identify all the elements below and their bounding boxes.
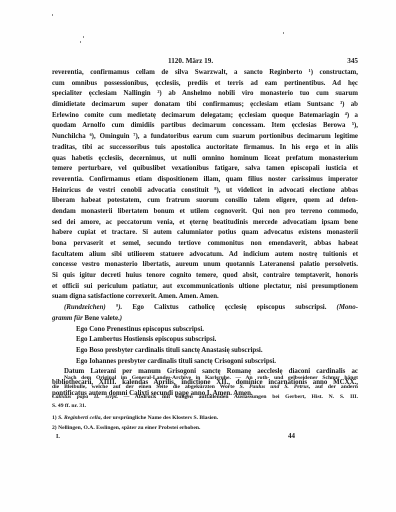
text-line: Heinricus de vestri cenobii advocatia co… (52, 186, 358, 197)
note-line: die Bleibulle, welche auf der einen Seit… (52, 383, 358, 392)
text-line: concesse vestro monasterio libertatis, a… (52, 260, 358, 271)
text-line: Si quis igitur decreti huius tenore cogn… (52, 271, 358, 282)
running-header: 1120. März 19. 345 (52, 57, 358, 67)
text-line: habere cupiat et tractare. Si autem calu… (52, 228, 358, 239)
scan-speck (83, 36, 84, 38)
signature-line: Ego Lambertus Hostiensis episcopus subsc… (52, 335, 358, 346)
footnotes: 1) S. Reginberti cella, der ursprünglich… (52, 414, 358, 433)
text-line: liberam habeat potestatem, cum fratrum s… (52, 196, 358, 207)
header-date: 1120. März 19. (168, 57, 213, 65)
text-line: Nunchilcha ⁶), Ominguin ⁷), a fundatorib… (52, 132, 358, 143)
text-line: reverentia, confirmamus cellam de silva … (52, 68, 358, 79)
text-line: reverentia. Confirmamus etiam dispositio… (52, 175, 358, 186)
document-page: 1120. März 19. 345 reverentia, confirmam… (0, 0, 396, 512)
sheet-number: 44 (288, 432, 295, 440)
rota-mark: (Rundzeichen) ⁹). (64, 304, 122, 311)
text-line: cum omnibus possessionibus, ęcclesiis, p… (52, 79, 358, 90)
text-line: et officii sui periculum patiatur, aut e… (52, 282, 358, 293)
sheet-signature: I. (56, 434, 60, 440)
note-line: Calixtus papa II. scrpt. — Abdruck mit e… (52, 393, 358, 402)
text-line: sed dei amore, ac peccatorum venia, et ę… (52, 218, 358, 229)
text-line: dendam monasterii libertatem bonum et ut… (52, 207, 358, 218)
note-line: Nach dem Original im General-Landes-Arch… (52, 374, 358, 383)
footnote: 2) Nellingen, O.A. Esslingen, später zu … (52, 424, 358, 434)
scan-speck (80, 41, 81, 43)
signature-line: Ego Iohannes presbyter cardinalis tituli… (52, 357, 358, 368)
monogram-line: gramm für Bene valete.) (52, 314, 358, 325)
text-line: specialiter ęcclesiam Nallingin ²) ab An… (52, 89, 358, 100)
editorial-note: Nach dem Original im General-Landes-Arch… (52, 374, 358, 412)
text-line: temere perturbare, vel quibuslibet vexat… (52, 164, 358, 175)
text-line: Erlewino comite cum medietatę decimarum … (52, 111, 358, 122)
signature-line: Ego Boso presbyter cardinalis tituli san… (52, 346, 358, 357)
text-line: suam digna satisfactione correxerit. Ame… (52, 292, 358, 303)
charter-text: reverentia, confirmamus cellam de silva … (52, 68, 358, 399)
text-line: bona pervaserit et semel, secundo tertio… (52, 239, 358, 250)
rota-line: (Rundzeichen) ⁹). Ego Calixtus catholicę… (52, 303, 358, 314)
scan-speck (283, 32, 284, 34)
text-line: quodam Arnolfo cum dimidiis partibus dec… (52, 121, 358, 132)
signature-line: Ego Cono Prenestinus episcopus subscrips… (52, 325, 358, 336)
scan-speck (52, 14, 53, 16)
text-line: quas habetis ęcclesiis, decernimus, ut n… (52, 154, 358, 165)
text-line: dimidietate decimarum super donatam tibi… (52, 100, 358, 111)
note-line: S. 49 ff. nr. 31. (52, 402, 358, 411)
text-line: facultatem alium sibi utiliorem statuere… (52, 250, 358, 261)
text-line: traditas, tibi ac successoribus tuis apo… (52, 143, 358, 154)
footnote: 1) S. Reginberti cella, der ursprünglich… (52, 414, 358, 424)
page-number: 345 (347, 57, 358, 65)
